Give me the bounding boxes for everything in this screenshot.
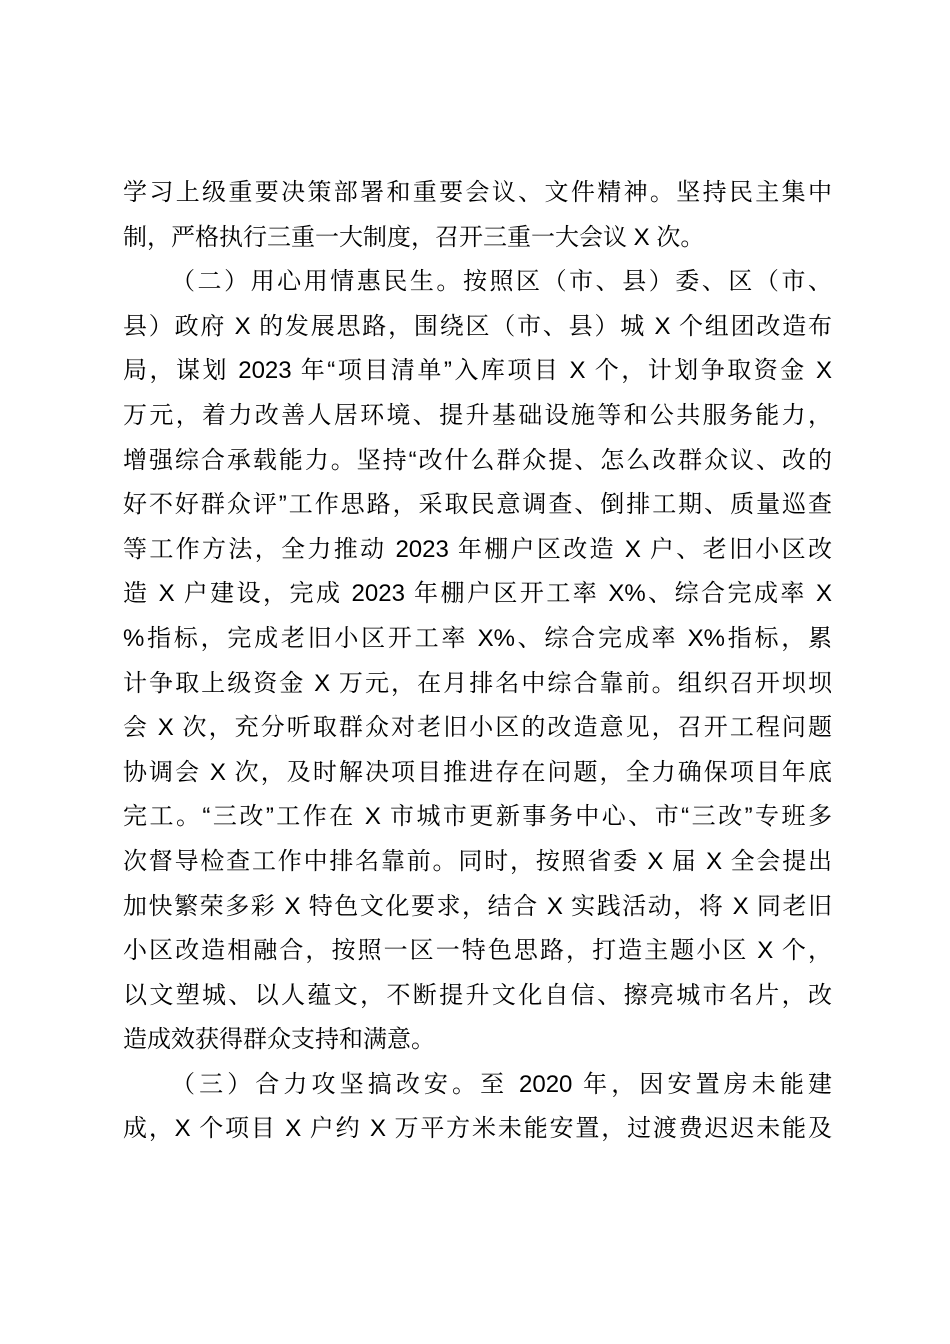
text-line: （三）合力攻坚搞改安。至 2020 年，因安置房未能建 — [123, 1063, 832, 1108]
text-line: 会 X 次，充分听取群众对老旧小区的改造意见，召开工程问题 — [123, 706, 832, 751]
text-line: 小区改造相融合，按照一区一特色思路，打造主题小区 X 个， — [123, 929, 832, 974]
text-line: 加快繁荣多彩 X 特色文化要求，结合 X 实践活动，将 X 同老旧 — [123, 885, 832, 930]
text-line: 计争取上级资金 X 万元，在月排名中综合靠前。组织召开坝坝 — [123, 662, 832, 707]
paragraph-section-2: （二）用心用情惠民生。按照区（市、县）委、区（市、县）政府 X 的发展思路，围绕… — [123, 260, 832, 1063]
text-line: 好不好群众评”工作思路，采取民意调查、倒排工期、质量巡查 — [123, 483, 832, 528]
text-line: 造 X 户建设，完成 2023 年棚户区开工率 X%、综合完成率 X — [123, 572, 832, 617]
text-line: 次督导检查工作中排名靠前。同时，按照省委 X 届 X 全会提出 — [123, 840, 832, 885]
paragraph-continuation: 学习上级重要决策部署和重要会议、文件精神。坚持民主集中制，严格执行三重一大制度，… — [123, 171, 832, 260]
text-line: 万元，着力改善人居环境、提升基础设施等和公共服务能力， — [123, 394, 832, 439]
text-line: 县）政府 X 的发展思路，围绕区（市、县）城 X 个组团改造布 — [123, 305, 832, 350]
text-line: 以文塑城、以人蕴文，不断提升文化自信、擦亮城市名片，改 — [123, 974, 832, 1019]
text-line: 协调会 X 次，及时解决项目推进存在问题，全力确保项目年底 — [123, 751, 832, 796]
paragraph-section-3: （三）合力攻坚搞改安。至 2020 年，因安置房未能建成，X 个项目 X 户约 … — [123, 1063, 832, 1152]
text-line: 学习上级重要决策部署和重要会议、文件精神。坚持民主集中 — [123, 171, 832, 216]
text-line: （二）用心用情惠民生。按照区（市、县）委、区（市、 — [123, 260, 832, 305]
text-line: 局，谋划 2023 年“项目清单”入库项目 X 个，计划争取资金 X — [123, 349, 832, 394]
text-line: 造成效获得群众支持和满意。 — [123, 1018, 832, 1063]
text-line: 等工作方法，全力推动 2023 年棚户区改造 X 户、老旧小区改 — [123, 528, 832, 573]
text-line: 完工。“三改”工作在 X 市城市更新事务中心、市“三改”专班多 — [123, 795, 832, 840]
text-line: 增强综合承载能力。坚持“改什么群众提、怎么改群众议、改的 — [123, 439, 832, 484]
document-page: 学习上级重要决策部署和重要会议、文件精神。坚持民主集中制，严格执行三重一大制度，… — [0, 0, 950, 1344]
text-line: %指标，完成老旧小区开工率 X%、综合完成率 X%指标，累 — [123, 617, 832, 662]
text-line: 制，严格执行三重一大制度，召开三重一大会议 X 次。 — [123, 216, 832, 261]
text-line: 成，X 个项目 X 户约 X 万平方米未能安置，过渡费迟迟未能及 — [123, 1107, 832, 1152]
document-body: 学习上级重要决策部署和重要会议、文件精神。坚持民主集中制，严格执行三重一大制度，… — [123, 171, 832, 1152]
